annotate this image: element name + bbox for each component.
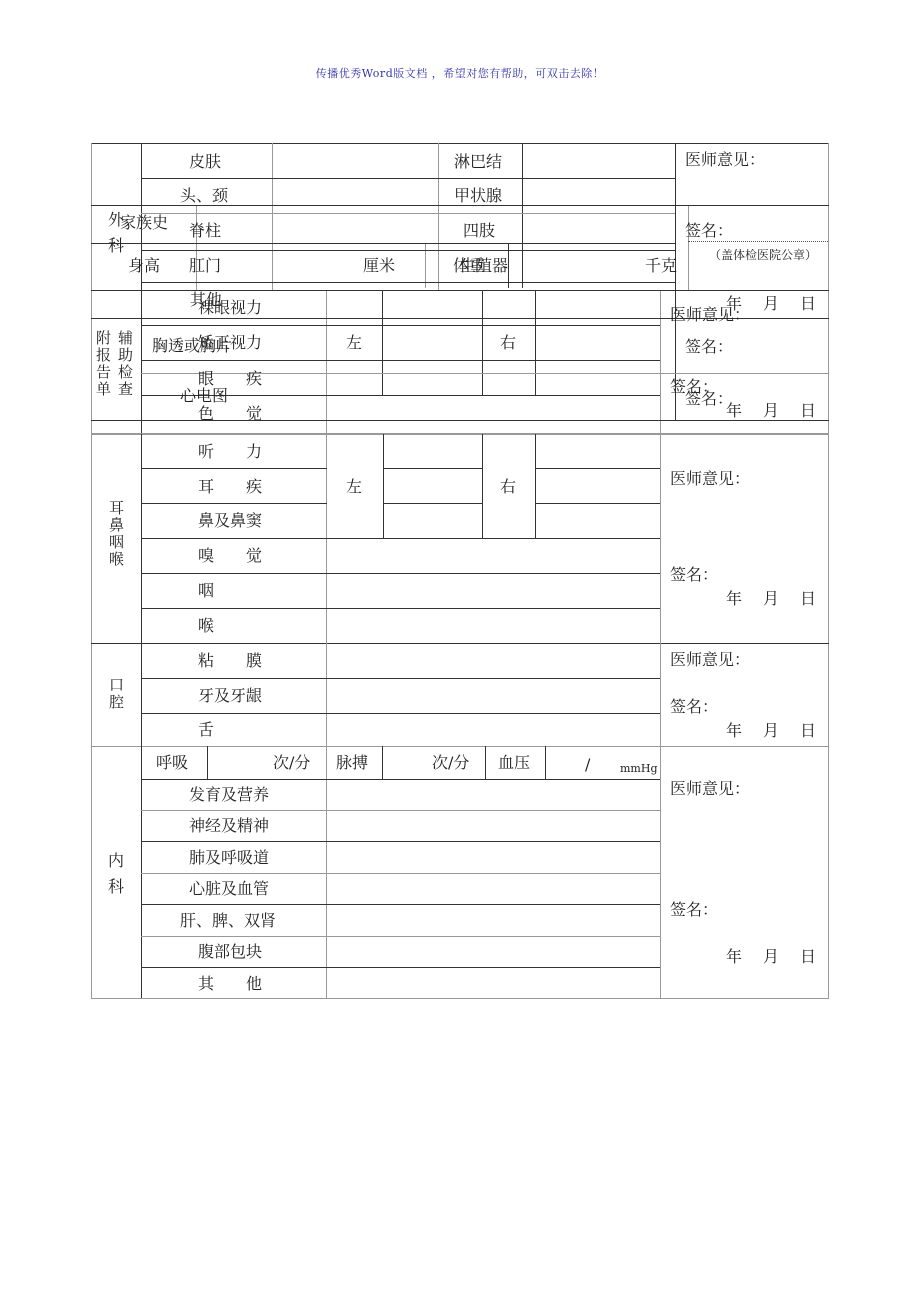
- overlap-label: 心电图: [180, 387, 228, 405]
- row-divider: [141, 873, 660, 874]
- row-divider: [141, 967, 660, 968]
- row-label: 头、颈: [180, 187, 228, 205]
- cell-divider: [535, 434, 536, 538]
- date-year: 年: [726, 402, 742, 420]
- row-divider: [535, 468, 660, 469]
- opinion-label: 医师意见：: [670, 651, 750, 669]
- cell-divider: [272, 143, 273, 291]
- cell-divider: [660, 434, 661, 644]
- row-label: 发育及营养: [189, 786, 269, 804]
- date-month: 月: [763, 295, 779, 313]
- unit-label: 千克: [645, 257, 677, 275]
- row-divider: [91, 643, 829, 644]
- row-label: 色 觉: [198, 405, 262, 423]
- row-label: 矫正视力: [198, 334, 262, 352]
- cell-divider: [438, 143, 439, 291]
- row-label: 肺及呼吸道: [189, 849, 269, 867]
- cell-divider: [382, 746, 383, 779]
- row-divider: [141, 841, 660, 842]
- opinion-label: 医师意见：: [670, 780, 750, 798]
- row-label: 裸眼视力: [198, 299, 262, 317]
- cell-divider: [141, 434, 142, 644]
- sign-label: 签名：: [670, 566, 718, 584]
- row-label: 舌: [198, 721, 214, 739]
- row-divider: [141, 538, 660, 539]
- overlap-label: 身高: [128, 257, 160, 275]
- row-divider: [141, 904, 660, 905]
- bp-separator: /: [585, 756, 590, 774]
- table-border: [828, 143, 829, 999]
- cell-divider: [482, 291, 483, 395]
- cell-divider: [382, 291, 383, 395]
- date-month: 月: [763, 590, 779, 608]
- date-day: 日: [800, 295, 816, 313]
- overlap-section-label: 附报告单: [94, 330, 112, 398]
- bp-unit: mmHg: [620, 760, 658, 778]
- date-day: 日: [800, 722, 816, 740]
- watermark-banner: 传播优秀Word版文档 ，希望对您有帮助，可双击去除！: [0, 65, 920, 81]
- opinion-label: 医师意见：: [670, 306, 750, 324]
- section-label: 科: [108, 878, 124, 896]
- row-divider: [141, 360, 660, 361]
- date-month: 月: [763, 722, 779, 740]
- row-divider: [535, 503, 660, 504]
- row-label: 粘 膜: [198, 652, 262, 670]
- row-label: 腹部包块: [198, 943, 262, 961]
- section-label: 耳鼻咽喉: [107, 500, 125, 568]
- cell-divider: [545, 746, 546, 779]
- pulse-unit: 次/分: [432, 754, 469, 772]
- row-divider: [141, 779, 660, 780]
- cell-divider: [688, 205, 689, 291]
- row-label: 生殖器: [460, 257, 508, 275]
- row-label: 四肢: [463, 222, 495, 240]
- cell-divider: [326, 291, 327, 434]
- row-label: 眼 疾: [198, 370, 262, 388]
- respiration-unit: 次/分: [273, 754, 310, 772]
- cell-divider: [535, 291, 536, 395]
- row-divider: [91, 746, 829, 747]
- row-divider: [91, 243, 676, 244]
- row-label: 肛门: [189, 257, 221, 275]
- row-label: 皮肤: [189, 153, 221, 171]
- sign-label: 签名：: [670, 901, 718, 919]
- cell-divider: [660, 291, 661, 434]
- right-ear-label: 右: [500, 478, 516, 496]
- sign-label: 签名：: [685, 338, 733, 356]
- cell-divider: [482, 434, 483, 538]
- row-label: 喉: [198, 617, 214, 635]
- left-eye-label: 左: [346, 334, 362, 352]
- overlap-label: 家族史: [120, 214, 168, 232]
- row-divider: [141, 213, 675, 214]
- table-border: [91, 143, 829, 144]
- row-label: 牙及牙龈: [198, 687, 262, 705]
- row-divider: [91, 433, 829, 435]
- cell-divider: [207, 746, 208, 779]
- date-day: 日: [800, 948, 816, 966]
- row-divider: [141, 503, 327, 504]
- cell-divider: [326, 434, 327, 644]
- section-label: 辅助检查: [116, 330, 134, 398]
- date-year: 年: [726, 948, 742, 966]
- row-label: 鼻及鼻窦: [198, 512, 262, 530]
- left-ear-label: 左: [346, 478, 362, 496]
- bp-label: 血压: [498, 754, 530, 772]
- row-divider: [141, 282, 675, 283]
- table-border: [91, 998, 829, 999]
- row-label: 其 他: [198, 975, 262, 993]
- row-divider: [141, 325, 660, 326]
- cell-divider: [660, 643, 661, 747]
- row-label: 肝、脾、双肾: [180, 912, 276, 930]
- date-month: 月: [763, 402, 779, 420]
- date-day: 日: [800, 402, 816, 420]
- row-label: 脊柱: [189, 222, 221, 240]
- cell-divider: [326, 643, 327, 747]
- sign-label: 签名：: [685, 222, 733, 240]
- date-day: 日: [800, 590, 816, 608]
- row-label: 淋巴结: [454, 153, 502, 171]
- cell-divider: [383, 434, 384, 538]
- row-divider: [141, 250, 675, 251]
- unit-label: 厘米: [363, 257, 395, 275]
- opinion-label: 医师意见：: [685, 151, 765, 169]
- row-label: 耳 疾: [198, 478, 262, 496]
- cell-divider: [522, 143, 523, 288]
- row-divider: [383, 503, 483, 504]
- section-label: 内: [108, 852, 124, 870]
- row-label: 咽: [198, 582, 214, 600]
- table-border: [91, 143, 92, 999]
- row-divider: [141, 936, 660, 937]
- sign-label: 签名：: [670, 698, 718, 716]
- stamp-note: （盖体检医院公章）: [709, 246, 817, 264]
- opinion-label: 医师意见：: [670, 470, 750, 488]
- row-divider: [383, 468, 483, 469]
- cell-divider: [485, 746, 486, 779]
- date-month: 月: [763, 948, 779, 966]
- respiration-label: 呼吸: [156, 754, 188, 772]
- section-label: 口腔: [107, 677, 125, 711]
- row-divider: [141, 810, 660, 811]
- row-label: 甲状腺: [454, 187, 502, 205]
- row-label: 神经及精神: [189, 817, 269, 835]
- section-label: 科: [108, 237, 124, 255]
- cell-divider: [141, 643, 142, 747]
- cell-divider: [196, 205, 197, 291]
- cell-divider: [141, 291, 142, 434]
- row-divider: [141, 713, 660, 714]
- row-divider: [141, 178, 675, 179]
- row-label: 嗅 觉: [198, 547, 262, 565]
- row-divider: [91, 205, 829, 206]
- right-eye-label: 右: [500, 334, 516, 352]
- date-year: 年: [726, 590, 742, 608]
- row-divider: [141, 468, 327, 469]
- signature-line: [688, 241, 828, 242]
- row-label: 听 力: [198, 443, 262, 461]
- row-label: 心脏及血管: [189, 880, 269, 898]
- pulse-label: 脉搏: [336, 754, 368, 772]
- row-divider: [141, 573, 660, 574]
- date-year: 年: [726, 722, 742, 740]
- cell-divider: [660, 746, 661, 999]
- row-divider: [141, 678, 660, 679]
- row-divider: [141, 608, 660, 609]
